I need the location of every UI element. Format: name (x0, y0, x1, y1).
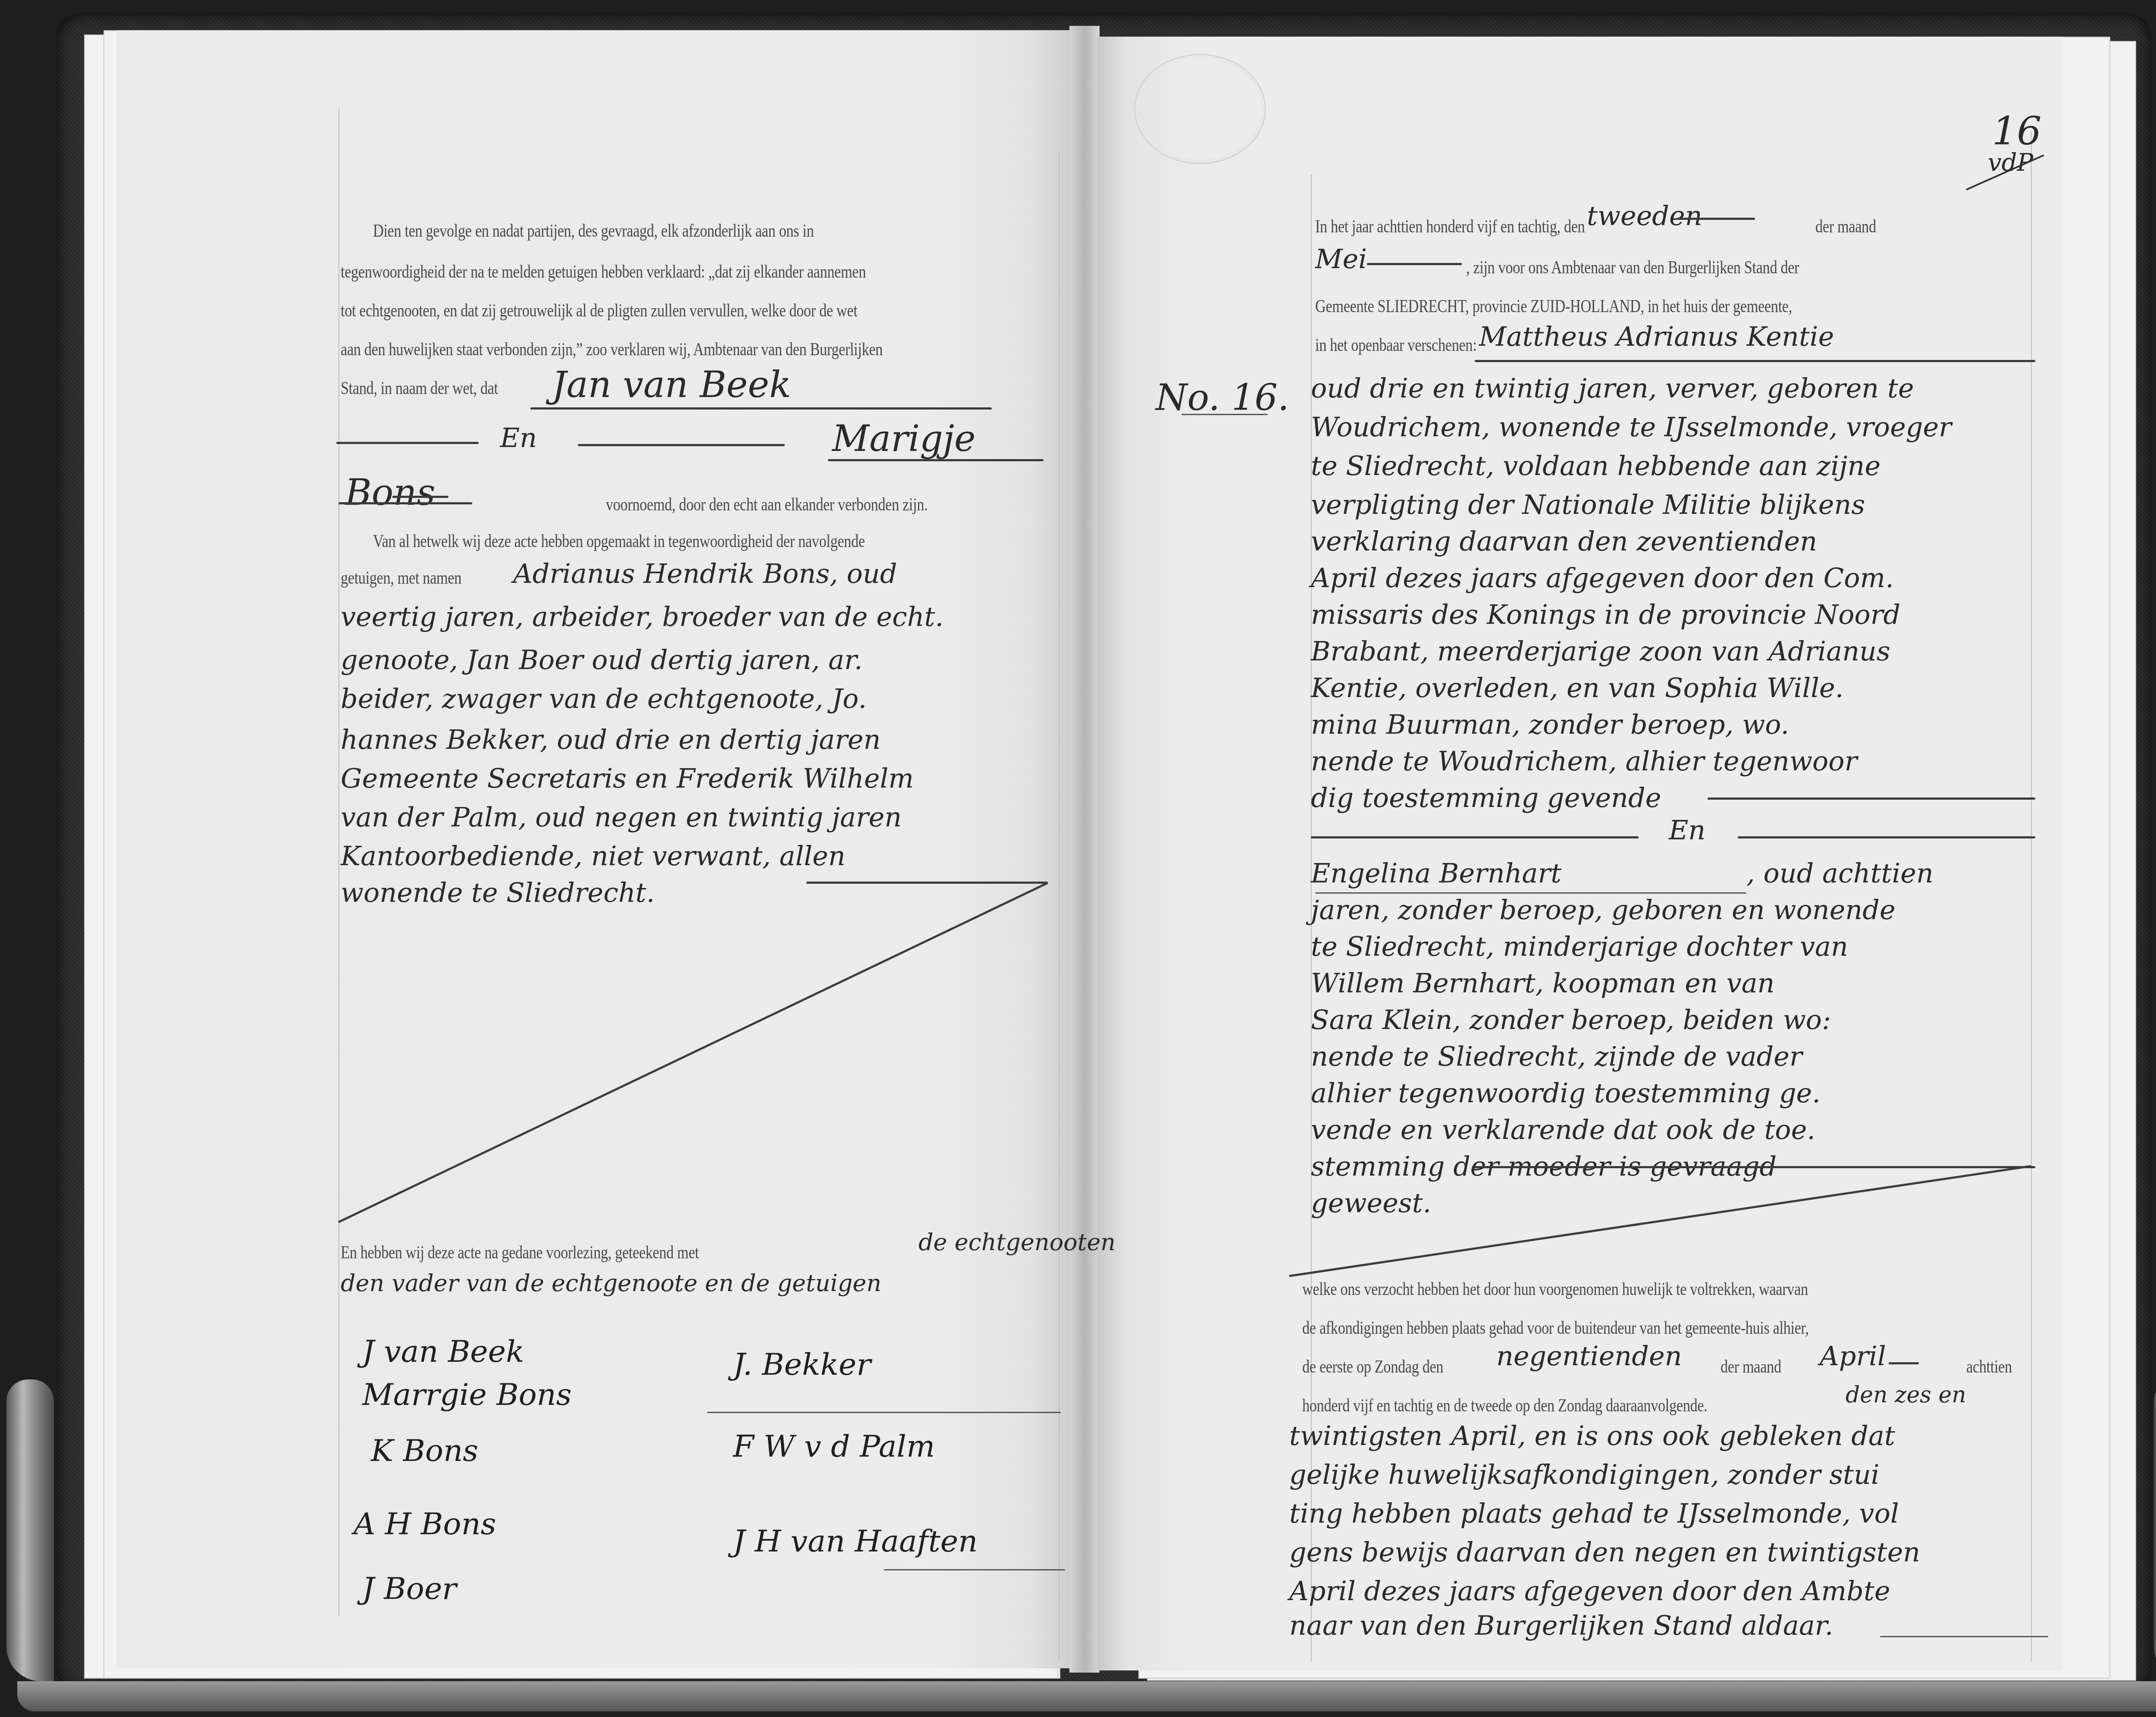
groom-text-line: Kentie, overleden, en van Sophia Wille. (1311, 675, 1843, 701)
groom-text-line: Brabant, meerderjarige zoon van Adrianus (1311, 638, 1890, 665)
witness-text-line: hannes Bekker, oud drie en dertig jaren (341, 726, 881, 753)
printed-line: Stand, in naam der wet, dat (341, 379, 498, 397)
fill-line (578, 444, 785, 446)
bride-full-name: Engelina Bernhart (1311, 860, 1561, 887)
folio-number: 16 (1992, 112, 2042, 151)
bride-text-line: nende te Sliedrecht, zijnde de vader (1311, 1043, 1802, 1070)
printed-line: welke ons verzocht hebben het door hun v… (1302, 1280, 1808, 1298)
signature: J H van Haaften (733, 1526, 978, 1556)
printed-line: In het jaar achttien honderd vijf en tac… (1315, 218, 1585, 236)
groom-text-line: verpligting der Nationale Militie blijke… (1311, 491, 1865, 518)
book-spine-gutter (1069, 26, 1100, 1673)
signature: K Bons (371, 1436, 478, 1466)
bride-surname: Bons (345, 474, 436, 510)
signature: Marrgie Bons (362, 1379, 572, 1410)
bride-text-line: te Sliedrecht, minderjarige dochter van (1311, 933, 1848, 960)
conjunction-en: En (500, 425, 537, 451)
bride-first-name: Marigje (832, 420, 976, 457)
bride-text-line: vende en verklarende dat ook de toe. (1311, 1117, 1815, 1143)
banns-text-line: ting hebben plaats gehad te IJsselmonde,… (1289, 1500, 1899, 1527)
printed-line: tot echtgenooten, en dat zij getrouwelij… (341, 302, 1051, 320)
signature-flourish (707, 1412, 1061, 1413)
signed-with: den vader van de echtgenoote en de getui… (341, 1272, 881, 1295)
scanner-clamp-left (6, 1379, 54, 1681)
signature: J. Bekker (733, 1349, 871, 1379)
signature: F W v d Palm (733, 1431, 935, 1461)
groom-full-name: Mattheus Adrianus Kentie (1479, 323, 1834, 350)
closing-line (1475, 1166, 2035, 1168)
groom-name: Jan van Beek (552, 366, 791, 403)
closing-line (806, 882, 1048, 884)
printed-line: honderd vijf en tachtig en de tweede op … (1302, 1397, 1707, 1415)
underline (1315, 892, 1746, 894)
underline (1475, 360, 2035, 362)
underline (338, 502, 472, 504)
groom-text-line: nende te Woudrichem, alhier tegenwoor (1311, 748, 1857, 775)
groom-text-line: Woudrichem, wonende te IJsselmonde, vroe… (1311, 414, 1952, 441)
printed-line: in het openbaar verschenen: (1315, 336, 1476, 354)
printed-line: achttien (1966, 1358, 2012, 1376)
fill-line (1889, 1362, 1919, 1364)
printed-line: Gemeente SLIEDRECHT, provincie ZUID-HOLL… (1315, 297, 1792, 316)
underline (530, 407, 992, 410)
fill-line (336, 442, 479, 444)
banns-text-line: naar van den Burgerlijken Stand aldaar. (1289, 1612, 1833, 1639)
embossed-seal (1134, 54, 1266, 164)
bride-text-line: Willem Bernhart, koopman en van (1311, 970, 1775, 997)
groom-text-line: verklaring daarvan den zeventienden (1311, 528, 1817, 555)
groom-text-line: April dezes jaars afgegeven door den Com… (1311, 565, 1894, 591)
fill-line (392, 496, 448, 498)
banns-text-line: twintigsten April, en is ons ook gebleke… (1289, 1423, 1895, 1449)
witness-text-line: van der Palm, oud negen en twintig jaren (341, 804, 902, 831)
folio-initials: vdP (1988, 151, 2033, 175)
right-margin-rule (1059, 151, 1059, 1660)
printed-line: der maand (1720, 1358, 1781, 1376)
witness-text-line: beider, zwager van de echtgenoote, Jo. (341, 685, 867, 712)
banns-text-line: gens bewijs daarvan den negen en twintig… (1289, 1539, 1920, 1566)
fill-line (1367, 263, 1462, 265)
groom-text-line: mina Buurman, zonder beroep, wo. (1311, 711, 1789, 738)
printed-line: de eerste op Zondag den (1302, 1358, 1443, 1376)
banns-text-line: den zes en (1846, 1384, 1966, 1406)
groom-text-line: te Sliedrecht, voldaan hebbende aan zijn… (1311, 453, 1880, 479)
witness-text-line: Adrianus Hendrik Bons, oud (513, 560, 897, 587)
fill-line (1708, 798, 2035, 800)
groom-text-line: oud drie en twintig jaren, verver, gebor… (1311, 375, 1914, 402)
fill-line (1677, 218, 1755, 220)
first-banns-month: April (1820, 1343, 1886, 1370)
bride-text-line: jaren, zonder beroep, geboren en wonende (1311, 897, 1896, 923)
signed-with: de echtgenooten (918, 1231, 1116, 1254)
bride-text-line: Sara Klein, zonder beroep, beiden wo: (1311, 1007, 1831, 1033)
scanner-clamp-bottom (17, 1681, 2156, 1711)
conjunction-en: En (1669, 817, 1705, 844)
left-margin-rule (338, 108, 339, 1617)
printed-line: , zijn voor ons Ambtenaar van den Burger… (1466, 259, 1799, 277)
printed-line: tegenwoordigheid der na te melden getuig… (341, 263, 1051, 281)
signature: A H Bons (354, 1509, 496, 1539)
printed-line: getuigen, met namen (341, 569, 461, 587)
banns-text-line: gelijke huwelijksafkondigingen, zonder s… (1289, 1461, 1880, 1488)
month-hand: Mei (1315, 246, 1367, 272)
bride-text-line: , oud achttien (1746, 860, 1934, 887)
fill-line (1738, 836, 2035, 838)
printed-line: der maand (1815, 218, 1876, 236)
witness-text-line: veertig jaren, arbeider, broeder van de … (341, 604, 943, 630)
printed-line: Van al hetwelk wij deze acte hebben opge… (373, 532, 865, 550)
fill-line (1311, 836, 1639, 838)
scanner-clamp-right (2154, 1379, 2156, 1681)
printed-line: En hebben wij deze acte na gedane voorle… (341, 1244, 699, 1262)
groom-text-line: dig toestemming gevende (1311, 785, 1661, 811)
bride-text-line: alhier tegenwoordig toestemming ge. (1311, 1080, 1821, 1107)
banns-text-line: April dezes jaars afgegeven door den Amb… (1289, 1578, 1890, 1604)
printed-line: Dien ten gevolge en nadat partijen, des … (373, 222, 1062, 240)
witness-text-line: Gemeente Secretaris en Frederik Wilhelm (341, 765, 914, 792)
signature: J Boer (362, 1573, 457, 1604)
day-hand: tweeden (1587, 203, 1702, 229)
printed-line: de afkondigingen hebben plaats gehad voo… (1302, 1319, 1808, 1337)
underline (828, 459, 1044, 461)
witness-text-line: genoote, Jan Boer oud dertig jaren, ar. (341, 647, 863, 673)
witness-text-line: Kantoorbediende, niet verwant, allen (341, 843, 846, 869)
signature-flourish (884, 1569, 1065, 1570)
witness-text-line: wonende te Sliedrecht. (341, 879, 655, 906)
act-number: No. 16. (1156, 379, 1289, 416)
act-number-underline (1181, 414, 1268, 415)
groom-text-line: missaris des Konings in de provincie Noo… (1311, 601, 1900, 628)
closing-line (1880, 1636, 2048, 1637)
signature: J van Beek (362, 1336, 524, 1367)
printed-line: voornoemd, door den echt aan elkander ve… (606, 496, 928, 514)
printed-line: aan den huwelijken staat verbonden zijn,… (341, 341, 1051, 359)
first-banns-day: negentienden (1496, 1343, 1682, 1370)
bride-text-line: geweest. (1311, 1190, 1431, 1217)
